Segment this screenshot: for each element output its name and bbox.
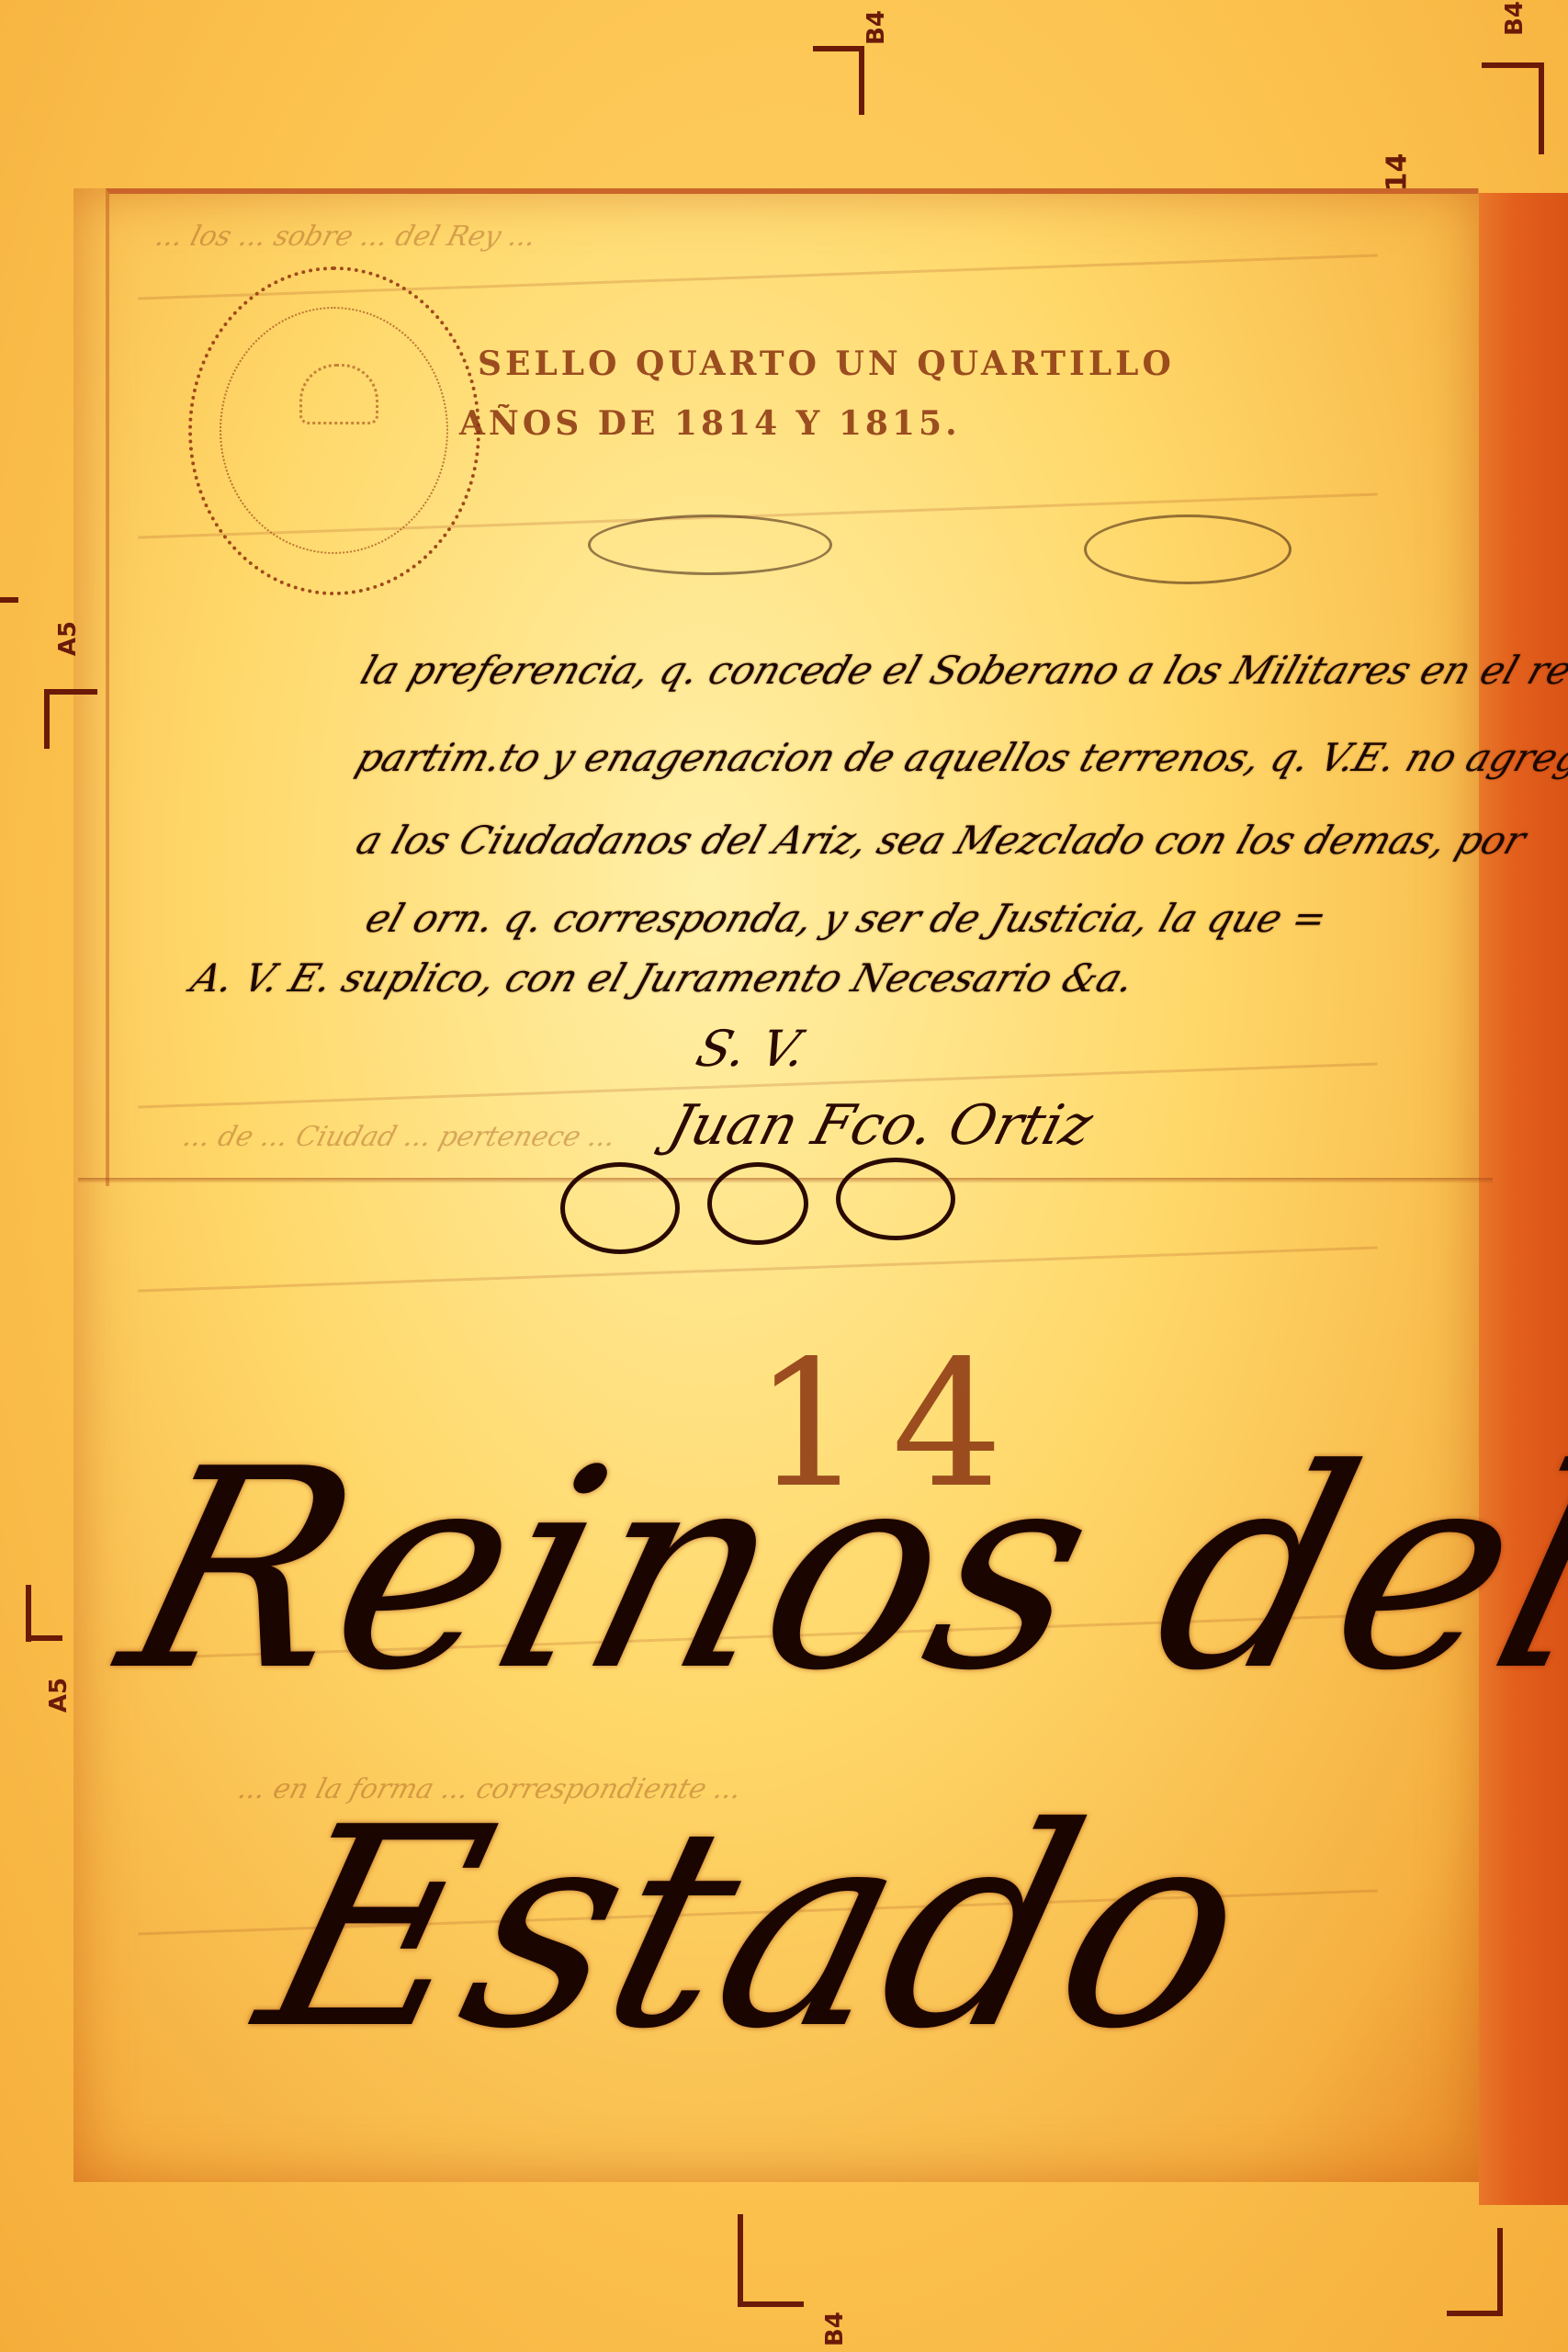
overwrite-line-1: Reinos del (104, 1433, 1568, 1709)
crop-mark (1447, 2311, 1503, 2316)
crop-label-top-center: B4 (863, 10, 890, 45)
crop-label-left-lower: A5 (45, 1678, 73, 1713)
crop-mark (813, 46, 863, 51)
rubric-flourish (836, 1158, 955, 1240)
crop-mark (1497, 2228, 1503, 2315)
crown-icon (299, 364, 378, 424)
adjacent-sheet-edge (1479, 193, 1568, 2205)
crop-label-bottom-center: B4 (821, 2312, 849, 2346)
signature: Juan Fco. Ortiz (662, 1093, 1100, 1158)
crop-mark (26, 1635, 62, 1641)
rubric-flourish (560, 1162, 680, 1254)
royal-seal-stamp (188, 266, 480, 595)
body-line-1: la preferencia, q. concede el Soberano a… (355, 648, 1568, 693)
crop-mark (738, 2214, 743, 2306)
crop-mark (1539, 62, 1544, 154)
signature-prefix: S. V. (691, 1020, 813, 1078)
crop-label-right-top: 14 (1381, 153, 1413, 192)
body-line-5: A. V. E. suplico, con el Juramento Neces… (186, 955, 1140, 1001)
crop-mark (1482, 62, 1539, 68)
body-line-3: a los Ciudadanos del Ariz, sea Mezclado … (351, 818, 1531, 863)
crop-mark (859, 46, 864, 115)
bleed-through-text: ... de ... Ciudad ... pertenece ... (179, 1121, 619, 1153)
stamp-header-line1: SELLO QUARTO UN QUARTILLO (478, 345, 1175, 383)
crop-label-left-upper: A5 (54, 621, 82, 656)
crop-mark (738, 2301, 804, 2307)
header-flourish (588, 514, 832, 575)
crop-label-top-right: B4 (1501, 1, 1529, 36)
header-flourish (1084, 514, 1292, 584)
body-line-4: el orn. q. corresponda, y ser de Justici… (360, 896, 1333, 941)
body-line-2: partim.to y enagenacion de aquellos terr… (351, 735, 1568, 780)
bleed-through-text: ... los ... sobre ... del Rey ... (152, 220, 539, 253)
rubric-flourish (707, 1162, 808, 1245)
overwrite-line-2: Estado (242, 1792, 1270, 2067)
crop-mark (0, 597, 18, 603)
seal-inner-ring (220, 307, 448, 554)
crop-mark (44, 689, 50, 749)
crop-mark (44, 689, 97, 695)
crop-mark (26, 1585, 31, 1642)
stamp-header-line2: AÑOS DE 1814 Y 1815. (459, 404, 961, 443)
